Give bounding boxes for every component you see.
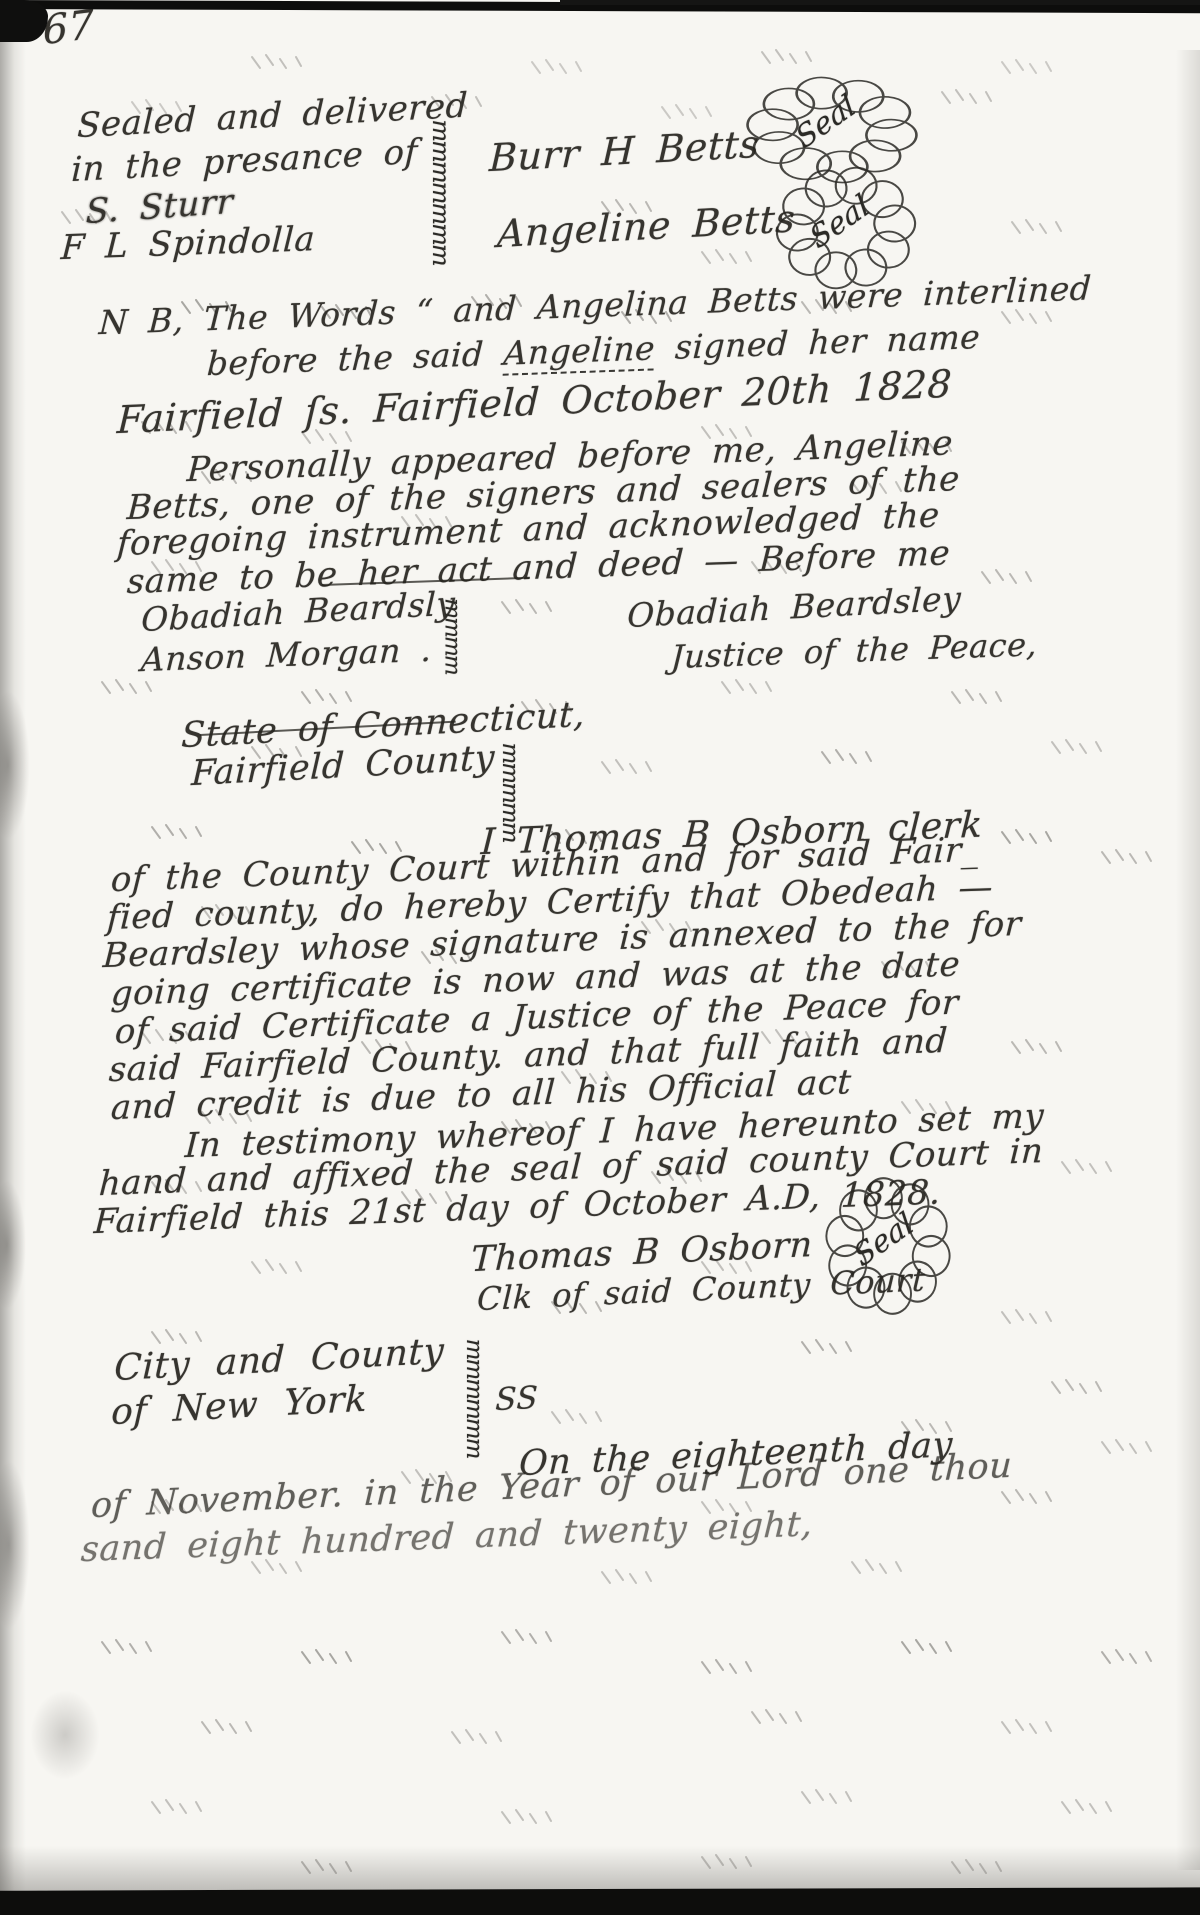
brace-coil-witnesses: mmmmmmm	[427, 119, 455, 264]
scan-edge-right	[1176, 50, 1200, 1870]
ss-mark: SS	[495, 1380, 539, 1418]
scan-edge-top-right	[560, 0, 1200, 5]
brace-coil-ny: mmmmmm	[461, 1339, 487, 1458]
nb-underlined-name: Angeline	[502, 328, 656, 375]
page-number: 67	[42, 2, 95, 54]
scan-bottom-mottle	[0, 1846, 1200, 1890]
scanned-document-page: 67 Sealed and delivered in the presance …	[0, 0, 1200, 1915]
scan-smudge	[0, 690, 30, 840]
brace-coil-ack: mmmm	[440, 598, 465, 673]
scan-smudge	[0, 1460, 30, 1630]
scan-smudge	[30, 1690, 100, 1780]
scan-edge-bottom	[0, 1887, 1200, 1915]
scan-smudge	[0, 1180, 26, 1310]
